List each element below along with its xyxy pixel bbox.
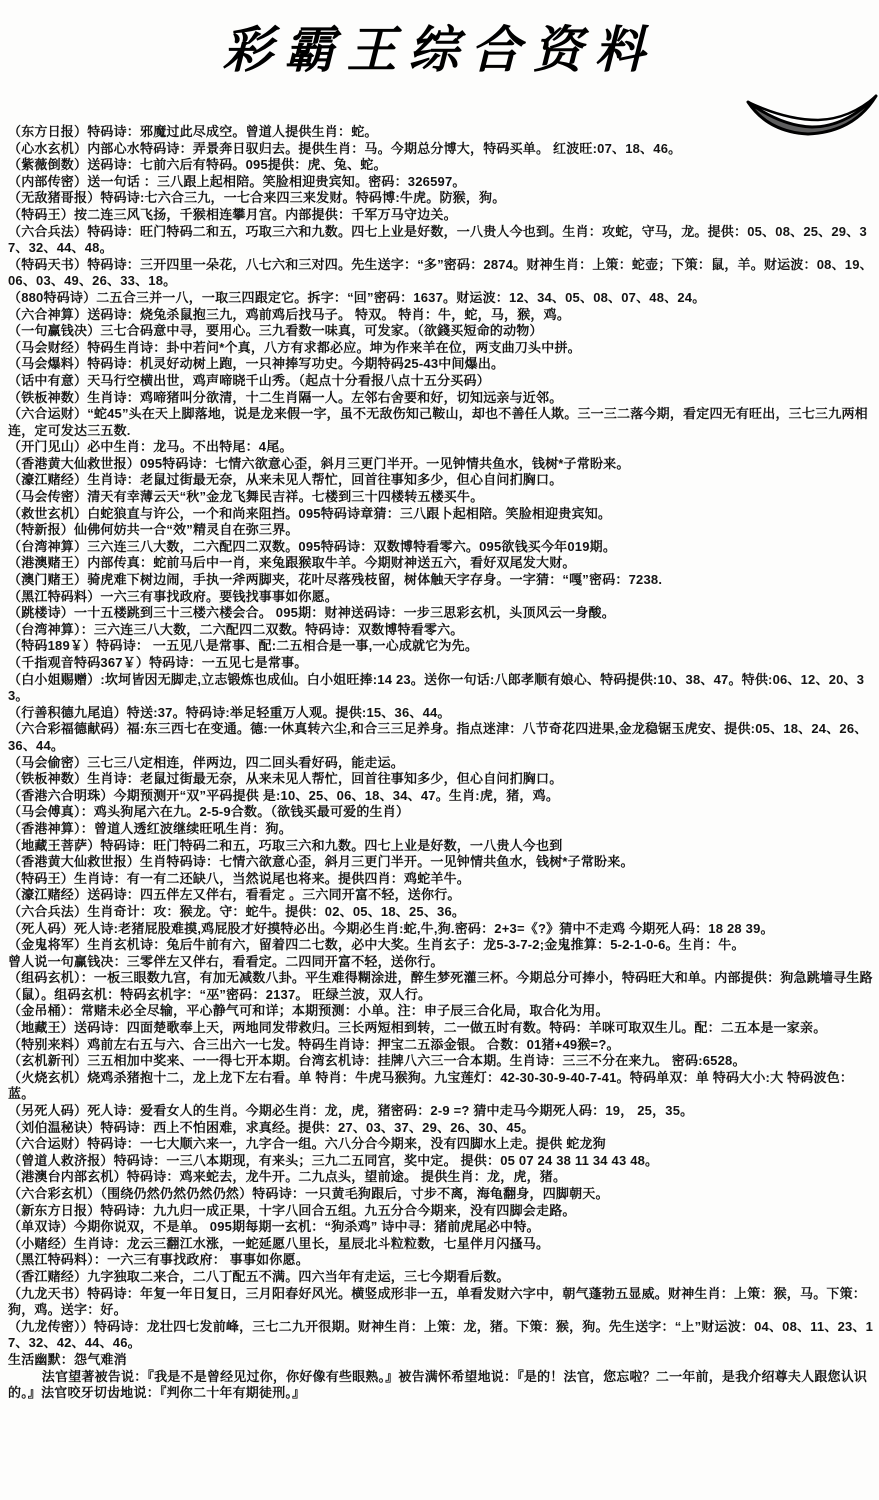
info-line: （东方日报）特码诗：邪魔过此尽成空。曾道人提供生肖：蛇。 <box>8 124 874 141</box>
info-line: （黑江特码料）一六三有事找政府。要钱找事事如你愿。 <box>8 589 874 606</box>
info-line: （濠江赌经）送码诗：四五伴左又伴右，看看定 。三六同开富不轻，送你行。 <box>8 887 874 904</box>
info-line: （另死人码）死人诗：爱看女人的生肖。今期必生肖：龙，虎，猪密码：2-9 =? 猜… <box>8 1103 874 1120</box>
info-line: （救世玄机）白蛇狼直与许公，一个和尚来阻挡。095特码诗章猜：三八跟卜起相陪。笑… <box>8 506 874 523</box>
page-title: 彩霸王综合资料 <box>0 0 879 77</box>
info-line: （特码天书）特码诗：三开四里一朵花，八七六和三对四。先生送字：“多”密码：287… <box>8 257 874 290</box>
info-line: （马会财经）特码生肖诗：卦中若问*个真，八方有求都必应。坤为作来羊在位，两支曲刀… <box>8 340 874 357</box>
info-line: （内部传密）送一句话 ：三八跟上起相陪。笑脸相迎贵宾知。密码：326597。 <box>8 174 874 191</box>
info-line: （跳楼诗）一十五楼跳到三十三楼六楼会合。 095期：财神送码诗：一步三思彩玄机，… <box>8 605 874 622</box>
info-line: （港澳赌王）内部传真：蛇前马后中一肖，来兔跟猴取牛羊。今期财神送五六，看好双尾发… <box>8 555 874 572</box>
info-line: （铁板神数）生肖诗：老鼠过街最无奈，从来未见人帮忙，回首往事知多少，但心自问扪胸… <box>8 771 874 788</box>
info-line: （开门见山）必中生肖：龙马。不出特尾：4尾。 <box>8 439 874 456</box>
info-line: （九龙天书）特码诗：年复一年日复日，三月阳春好风光。横竖成形非一五，单看发财六字… <box>8 1286 874 1319</box>
info-line: （特码王）生肖诗：有一有二还缺八，当然说尾也将来。提供四肖：鸡蛇羊牛。 <box>8 871 874 888</box>
info-line: （紫薇倒数）送码诗：七前六后有特码。095提供：虎、兔、蛇。 <box>8 157 874 174</box>
info-line: （香港黄大仙救世报）生肖特码诗：七情六欲意心歪，斜月三更门半开。一见钟情共鱼水，… <box>8 854 874 871</box>
info-line: （铁板神数）生肖诗：鸡啼猪叫分欲清，十二生肖隔一人。左邻右舍要和好，切知远亲与近… <box>8 390 874 407</box>
info-line: （死人码）死人诗:老猪屁股难摸,鸡屁股才好摸特必出。今期必生肖:蛇,牛,狗.密码… <box>8 921 874 938</box>
info-line: （马会偷密）三七三八定相连，伴两边，四二回头看好码，能走运。 <box>8 755 874 772</box>
info-line: （一句赢钱决）三七合码意中寻，要用心。三九看数一味真，可发家。（欲錢买短命的动物… <box>8 323 874 340</box>
info-line: （新东方日报）特码诗：九九归一成正果，十字八回合五组。九五分合今期来，没有四脚会… <box>8 1203 874 1220</box>
info-lines-section: （东方日报）特码诗：邪魔过此尽成空。曾道人提供生肖：蛇。（心水玄机）内部心水特码… <box>8 124 874 1402</box>
info-line: （千指观音特码367￥）特码诗：一五见七是常事。 <box>8 655 874 672</box>
humor-body: 法官望著被告说：『我是不是曾经见过你，你好像有些眼熟。』被告满怀希望地说：『是的… <box>8 1369 874 1402</box>
info-line: （六合神算）送码诗：烧兔杀鼠抱三九，鸡前鸡后找马子。 特双。 特肖：牛，蛇，马，… <box>8 307 874 324</box>
info-line: （880特码诗）二五合三并一八，一取三四跟定它。拆字：“回”密码：1637。财运… <box>8 290 874 307</box>
info-line: 曾人说一句赢钱决：三零伴左又伴右，看看定。二四同开富不轻，送你行。 <box>8 954 874 971</box>
info-line: （香江赌经）九字独取二来合，二八丁配五不满。四六当年有走运，三七今期看后数。 <box>8 1269 874 1286</box>
info-line: （台湾神算）：三六连三八大数，二六配四二双数。特码诗：双数博特看零六。 <box>8 622 874 639</box>
info-line: （黑江特码料）：一六三有事找政府： 事事如你愿。 <box>8 1252 874 1269</box>
info-line: （港澳台内部玄机）特码诗：鸡来蛇去，龙牛开。二九点头，望前途。 提供生肖：龙，虎… <box>8 1169 874 1186</box>
info-line: （特新报）仙佛何妨共一合“效”精灵自在弥三界。 <box>8 522 874 539</box>
info-line: （刘伯温秘诀）特码诗：西上不怕困难，求真经。提供：27、03、37、29、26、… <box>8 1120 874 1137</box>
info-line: （六合彩福德献码）福:东三西七在变通。德:一休真转六尘,和合三三足养身。指点迷津… <box>8 721 874 754</box>
info-line: （台湾神算）三六连三八大数，二六配四二双数。095特码诗：双数博特看零六。095… <box>8 539 874 556</box>
info-line: （六合运财）特码诗：一七大顺六来一，九字合一组。六八分合今期来，没有四脚水上走。… <box>8 1136 874 1153</box>
info-line: （特码189￥）特码诗： 一五见八是常事、配:二五相合是一事,一心成就它为先。 <box>8 638 874 655</box>
info-line: （单双诗）今期你说双，不是单。 095期每期一玄机：“狗杀鸡” 诗中寻：猪前虎尾… <box>8 1219 874 1236</box>
info-line: （香港六合明珠）今期预测开“双”平码提供 是:10、25、06、18、34、47… <box>8 788 874 805</box>
info-line: （香港神算）：曾道人透红波继续旺吼生肖：狗。 <box>8 821 874 838</box>
info-line: （火烧玄机）烧鸡杀猪抱十二，龙上龙下左右看。单 特肖：牛虎马猴狗。九宝莲灯：42… <box>8 1070 874 1103</box>
info-line: （特别来料）鸡前左右五与六、合三出六一七发。特码生肖诗：押宝二五添金银。 合数：… <box>8 1037 874 1054</box>
info-line: （小赌经）生肖诗：龙云三翻江水涨，一蛇延愿八里长，星辰北斗粒粒数，七星伴月闪搔马… <box>8 1236 874 1253</box>
info-line: （地藏王）送码诗：四面楚歌奉上天，两地同发带救归。三长两短相到转，二一做五时有数… <box>8 1020 874 1037</box>
info-line: （六合兵法）特码诗：旺门特码二和五，巧取三六和九数。四七上业是好数，一八贵人今也… <box>8 224 874 257</box>
info-line: （六合彩玄机）（围绕仍然仍然仍然仍然）特码诗：一只黄毛狗跟后，寸步不离，海龟翻身… <box>8 1186 874 1203</box>
info-line: （行善积德九尾追）特送:37。特码诗:举足轻重万人观。提供:15、36、44。 <box>8 705 874 722</box>
info-line: （白小姐赐赠）:坎坷皆因无脚走,立志锻炼也成仙。白小姐旺捧:14 23。送你一句… <box>8 672 874 705</box>
info-line: （金鬼将军）生肖玄机诗：兔后牛前有六，留着四二七数，必中大奖。生肖玄子：龙5-3… <box>8 937 874 954</box>
info-line: （马会爆料）特码诗：机灵好动树上跑，一只神捧写功史。今期特码25-43中间爆出。 <box>8 356 874 373</box>
info-line: （特码王）按二连三风飞扬，千猴相连攀月宫。内部提供：千军万马守边关。 <box>8 207 874 224</box>
humor-heading: 生活幽默：怨气难消 <box>8 1352 874 1369</box>
info-line: （无敌猪哥报）特码诗:七六合三九，一七合来四三来发财。特码博:牛虎。防猴，狗。 <box>8 190 874 207</box>
info-line: （马会传密）清天有幸薄云天“秋”金龙飞舞民吉祥。七楼到三十四楼转五楼买牛。 <box>8 489 874 506</box>
lottery-info-sheet: 彩霸王综合资料 （东方日报）特码诗：邪魔过此尽成空。曾道人提供生肖：蛇。（心水玄… <box>0 0 879 1500</box>
info-line: （曾道人救济报）特码诗：一三八本期现，有来头；三九二五同宫，奖中定。 提供：05… <box>8 1153 874 1170</box>
info-line: （濠江赌经）生肖诗：老鼠过街最无奈，从来未见人帮忙，回首往事知多少，但心自问扪胸… <box>8 472 874 489</box>
info-line: （玄机新刊）三五相加中奖来、一一得七开本期。台湾玄机诗：挂牌八六三一合本期。生肖… <box>8 1053 874 1070</box>
info-line: （组码玄机）：一板三眼数九宫，有加无减数八卦。平生难得糊涂进，醉生梦死灌三杯。今… <box>8 970 874 1003</box>
info-line: （澳门赌王）骑虎难下树边闹，手执一斧两脚夹，花叶尽落残枝留，树体触天字存身。一字… <box>8 572 874 589</box>
info-line: （马会傅真）：鸡头狗尾六在九。2-5-9合数。（欲钱买最可爱的生肖） <box>8 804 874 821</box>
info-line: （六合兵法）生肖奇计：攻：猴龙。守：蛇牛。提供：02、05、18、25、36。 <box>8 904 874 921</box>
info-line: （心水玄机）内部心水特码诗：弄景奔日驭归去。提供生肖：马。今期总分博大，特码买单… <box>8 141 874 158</box>
info-line: （香港黄大仙救世报）095特码诗：七情六欲意心歪，斜月三更门半开。一见钟情共鱼水… <box>8 456 874 473</box>
info-line: （六合运财）“蛇45”头在天上脚落地，说是龙来假一字，虽不无敌伤知己鞍山，却也不… <box>8 406 874 439</box>
info-line: （话中有意）天马行空横出世，鸡声啼晓千山秀。（起点十分看报八点十五分买码） <box>8 373 874 390</box>
info-line: （金吊桶）：常赌未必全尽输，平心静气可和详；本期预测：小单。注：申子辰三合化局，… <box>8 1003 874 1020</box>
info-line: （地藏王菩萨）特码诗：旺门特码二和五，巧取三六和九数。四七上业是好数，一八贵人今… <box>8 838 874 855</box>
info-line: （九龙传密））特码诗：龙壮四七发前峰，三七二九开很期。财神生肖：上策：龙，猪。下… <box>8 1319 874 1352</box>
